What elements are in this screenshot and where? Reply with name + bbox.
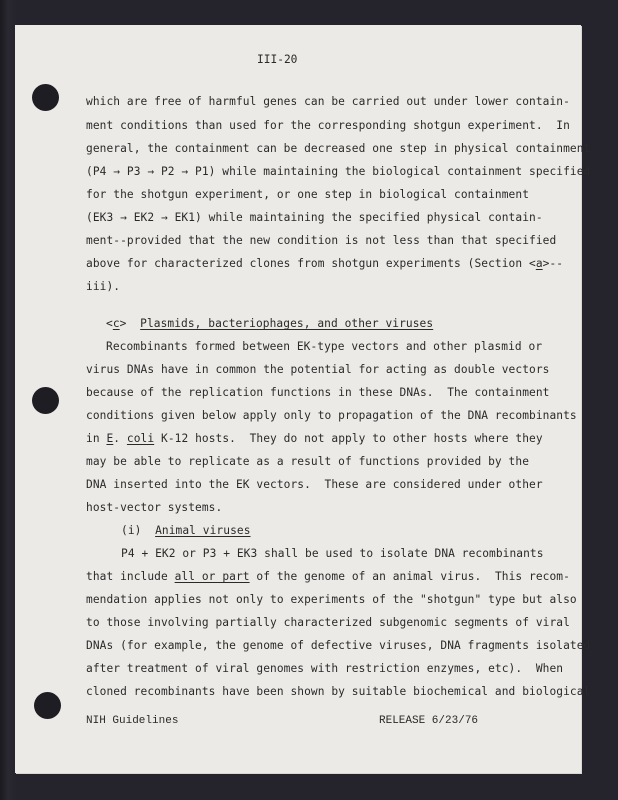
- text-line: to those involving partially characteriz…: [86, 616, 570, 629]
- text-line: after treatment of viral genomes with re…: [86, 662, 563, 675]
- text-line: for the shotgun experiment, or one step …: [86, 188, 529, 201]
- subsection-title: Animal viruses: [155, 524, 250, 537]
- text-line: P4 + EK2 or P3 + EK3 shall be used to is…: [121, 547, 544, 560]
- text-line: conditions given below apply only to pro…: [86, 409, 577, 422]
- text-line: above for characterized clones from shot…: [86, 257, 563, 270]
- text-line: mendation applies not only to experiment…: [86, 593, 577, 606]
- section-title: Plasmids, bacteriophages, and other viru…: [140, 317, 433, 330]
- species-name: coli: [127, 432, 154, 445]
- body-text: which are free of harmful genes can be c…: [86, 0, 556, 403]
- emphasis-underline: all or part: [175, 570, 250, 583]
- text-line: DNAs (for example, the genome of defecti…: [86, 639, 590, 652]
- footer-right: RELEASE 6/23/76: [379, 715, 478, 727]
- text-segment: above for characterized clones from shot…: [86, 257, 536, 270]
- text-line: may be able to replicate as a result of …: [86, 455, 529, 468]
- text-line: (P4 → P3 → P2 → P1) while maintaining th…: [86, 165, 590, 178]
- text-line: in E. coli K-12 hosts. They do not apply…: [86, 432, 543, 445]
- footer-left: NIH Guidelines: [86, 715, 178, 727]
- subsection-heading-i: (i) Animal viruses: [121, 524, 251, 537]
- text-line: ment--provided that the new condition is…: [86, 234, 556, 247]
- text-line: Recombinants formed between EK-type vect…: [106, 340, 542, 353]
- section-label: <c>: [106, 317, 126, 330]
- text-line: DNA inserted into the EK vectors. These …: [86, 478, 543, 491]
- text-line: that include all or part of the genome o…: [86, 570, 570, 583]
- subsection-label: (i): [121, 524, 141, 537]
- text-line: which are free of harmful genes can be c…: [86, 95, 570, 108]
- punch-hole-icon: [32, 387, 59, 414]
- text-line: host-vector systems.: [86, 501, 222, 514]
- text-segment: >--: [543, 257, 563, 270]
- text-line: cloned recombinants have been shown by s…: [86, 685, 590, 698]
- punch-hole-icon: [34, 692, 61, 719]
- text-line: ment conditions than used for the corres…: [86, 119, 570, 132]
- section-heading-c: <c> Plasmids, bacteriophages, and other …: [106, 317, 433, 330]
- text-line: virus DNAs have in common the potential …: [86, 363, 549, 376]
- punch-hole-icon: [32, 84, 59, 111]
- text-line: because of the replication functions in …: [86, 386, 549, 399]
- text-line: (EK3 → EK2 → EK1) while maintaining the …: [86, 211, 543, 224]
- text-line: general, the containment can be decrease…: [86, 142, 590, 155]
- section-ref-letter: a: [536, 257, 543, 270]
- text-line: iii).: [86, 280, 120, 293]
